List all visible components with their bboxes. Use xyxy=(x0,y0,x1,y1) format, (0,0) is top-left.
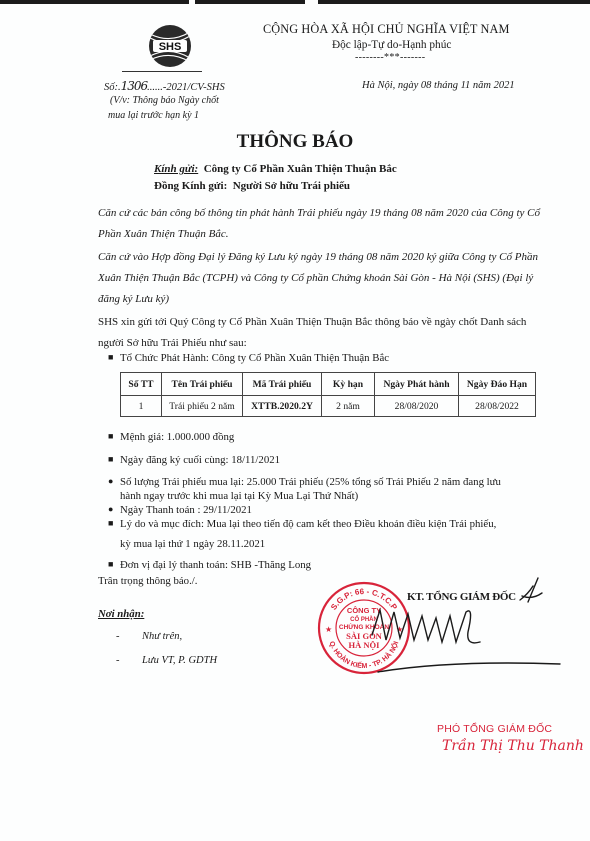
scan-edge xyxy=(318,0,590,4)
header-cell: Số TT xyxy=(121,373,162,396)
bullet-icon: ■ xyxy=(108,518,113,528)
basis-paragraph-2: Căn cứ vào Hợp đồng Đại lý Đăng ký Lưu k… xyxy=(98,247,550,310)
national-title: CỘNG HÒA XÃ HỘI CHỦ NGHĨA VIỆT NAM xyxy=(263,22,510,37)
header-cell: Kỳ hạn xyxy=(322,373,375,396)
shs-logo-icon: SHS xyxy=(148,24,192,68)
header-cell: Mã Trái phiếu xyxy=(243,373,322,396)
addressee-cc: Đồng Kính gửi: Người Sở hữu Trái phiếu xyxy=(154,180,350,192)
bullet-icon: ● xyxy=(108,504,113,514)
bullet-icon: ● xyxy=(108,476,113,486)
handwritten-number: 1306 xyxy=(121,79,148,93)
svg-text:SHS: SHS xyxy=(159,41,182,53)
cell-term: 2 năm xyxy=(322,396,375,417)
closing-text: Trân trọng thông báo./. xyxy=(98,575,197,587)
cell-bond-code: XTTB.2020.2Y xyxy=(243,396,322,417)
subject-line-1: (V/v: Thông báo Ngày chốt xyxy=(110,95,219,106)
header-cell: Ngày Đáo Hạn xyxy=(459,373,536,396)
cell-bond-name: Trái phiếu 2 năm xyxy=(162,396,243,417)
cell-issue-date: 28/08/2020 xyxy=(375,396,459,417)
header-cell: Ngày Phát hành xyxy=(375,373,459,396)
scan-edge xyxy=(195,0,305,4)
bullet-icon: ■ xyxy=(108,352,113,362)
document-title: THÔNG BÁO xyxy=(0,131,590,153)
national-motto: Độc lập-Tự do-Hạnh phúc xyxy=(332,39,451,51)
bullet-icon: ■ xyxy=(108,559,113,569)
signature-icon xyxy=(370,560,570,680)
document-number: Số:.1306......-2021/CV-SHS xyxy=(104,79,225,93)
header-separator: --------***------- xyxy=(355,52,425,63)
bullet-icon: ■ xyxy=(108,454,113,464)
svg-text:★: ★ xyxy=(325,625,332,634)
recipients-label: Nơi nhận: xyxy=(98,608,144,620)
table-row: 1 Trái phiếu 2 năm XTTB.2020.2Y 2 năm 28… xyxy=(121,396,536,417)
deputy-name: Trần Thị Thu Thanh xyxy=(442,738,584,754)
bond-table: Số TT Tên Trái phiếu Mã Trái phiếu Kỳ hạ… xyxy=(120,372,536,417)
header-cell: Tên Trái phiếu xyxy=(162,373,243,396)
table-header-row: Số TT Tên Trái phiếu Mã Trái phiếu Kỳ hạ… xyxy=(121,373,536,396)
intro-paragraph: SHS xin gửi tới Quý Công ty Cổ Phần Xuân… xyxy=(98,312,550,354)
cell-index: 1 xyxy=(121,396,162,417)
place-date: Hà Nội, ngày 08 tháng 11 năm 2021 xyxy=(362,80,515,91)
bullet-icon: ■ xyxy=(108,431,113,441)
addressee-to: Kính gửi: Công ty Cổ Phần Xuân Thiện Thu… xyxy=(154,163,397,175)
recipient-item: -Như trên, xyxy=(116,631,182,642)
recipient-item: -Lưu VT, P. GDTH xyxy=(116,655,217,666)
scan-edge xyxy=(0,0,189,4)
logo-underline xyxy=(122,71,202,72)
cell-maturity-date: 28/08/2022 xyxy=(459,396,536,417)
basis-paragraph-1: Căn cứ các bản công bố thông tin phát hà… xyxy=(98,203,550,245)
subject-line-2: mua lại trước hạn kỳ 1 xyxy=(108,110,199,121)
deputy-title: PHÓ TỔNG GIÁM ĐỐC xyxy=(437,723,552,735)
